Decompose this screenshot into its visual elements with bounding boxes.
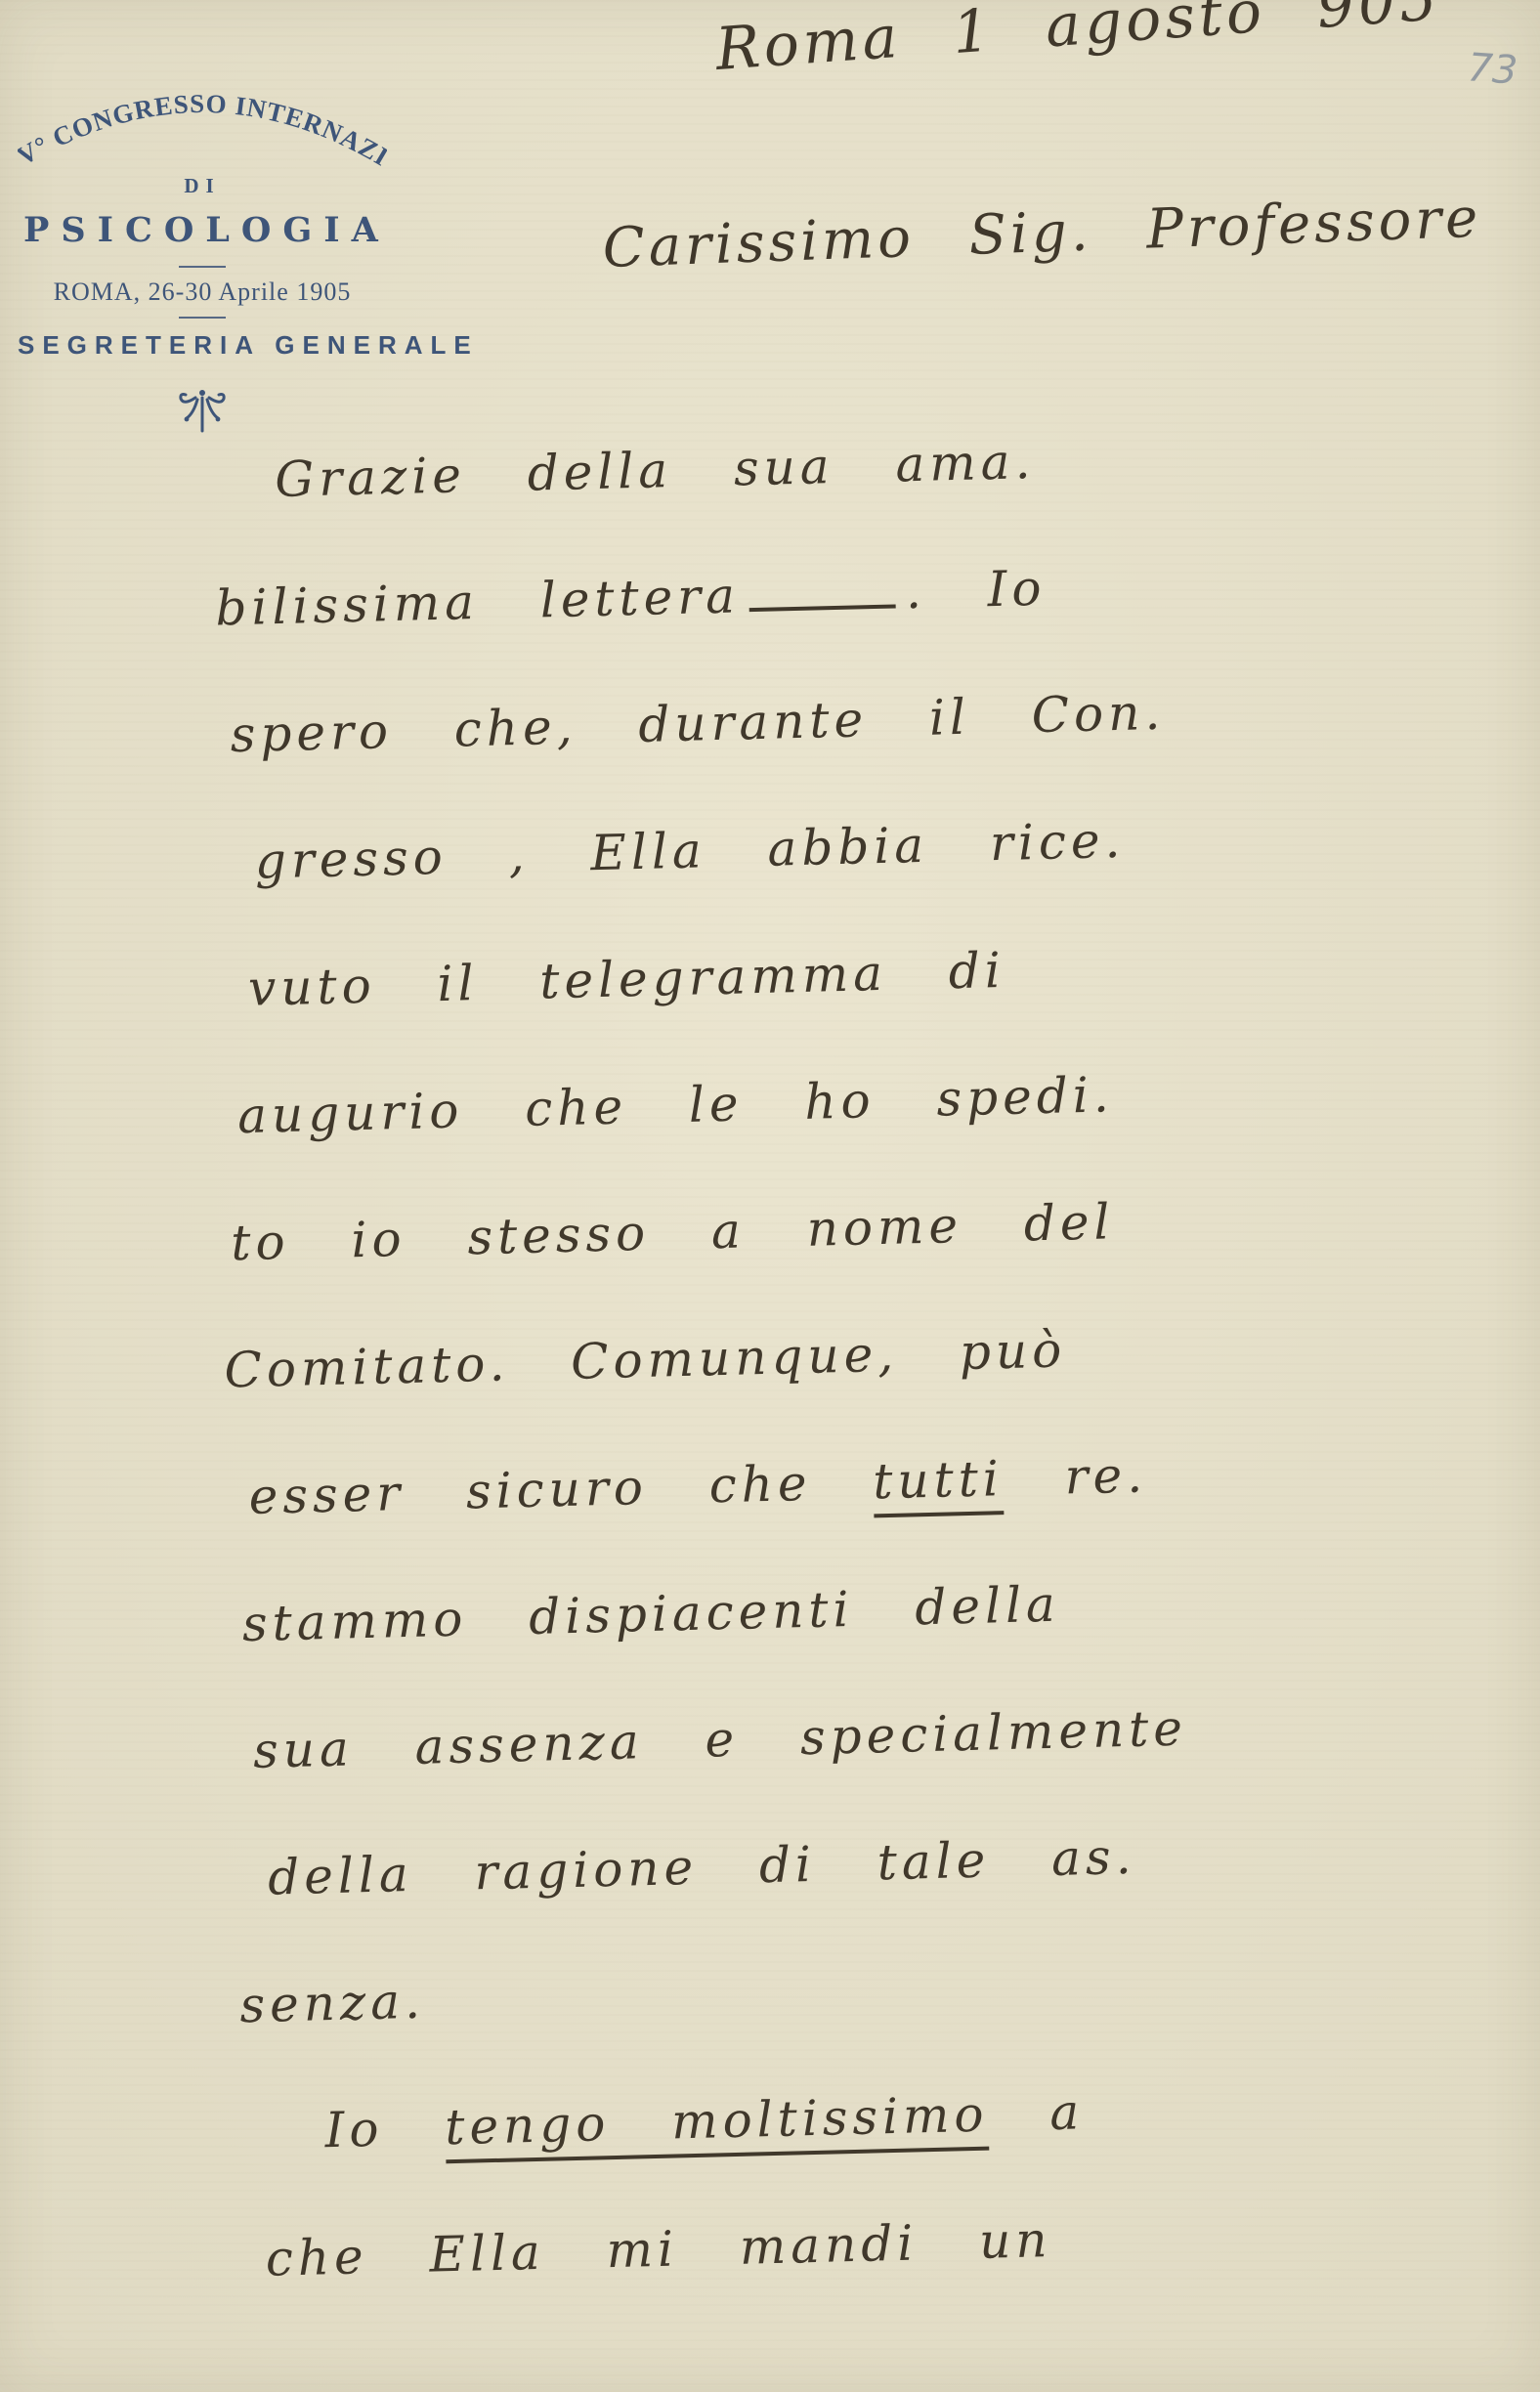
handwritten-text: stammo dispiacenti della [241, 1576, 1060, 1652]
handwritten-text: re. [1003, 1446, 1148, 1507]
letter-page: V° CONGRESSO INTERNAZIONALE DI PSICOLOGI… [0, 0, 1540, 2392]
handwritten-text: esser sicuro che [248, 1453, 874, 1525]
flourish-dash [749, 577, 896, 612]
handwritten-text: spero che, durante il Con. [230, 684, 1166, 763]
handwritten-text: della ragione di tale as. [268, 1828, 1137, 1906]
handwritten-text: vuto il telegramma di [247, 942, 1005, 1017]
handwritten-text: bilissima lettera [215, 567, 741, 636]
letterhead-divider [179, 317, 226, 319]
folio-number: 73 [1466, 45, 1519, 93]
underlined-word: tutti [873, 1450, 1005, 1517]
letterhead-divider [179, 266, 226, 268]
handwritten-text: . Io [905, 560, 1047, 619]
letterhead-place-dates: ROMA, 26-30 Aprile 1905 [18, 278, 387, 307]
handwritten-text: a [988, 2083, 1085, 2142]
handwritten-text: augurio che le ho spedi. [237, 1066, 1115, 1144]
handwritten-text: gresso , Ella abbia rice. [254, 812, 1126, 890]
letter-body: Grazie della sua ama.bilissima lettera. … [193, 396, 1540, 2332]
handwritten-date: Roma 1 agosto 905 [713, 0, 1442, 84]
handwritten-text: Io [324, 2099, 446, 2158]
svg-text:V° CONGRESSO INTERNAZIONALE: V° CONGRESSO INTERNAZIONALE [18, 57, 387, 172]
letterhead-discipline: PSICOLOGIA [23, 210, 387, 250]
handwritten-text: senza. [239, 1973, 426, 2034]
congress-title-arched-text: V° CONGRESSO INTERNAZIONALE [18, 57, 387, 172]
underlined-word: tengo moltissimo [445, 2086, 990, 2164]
letterhead: V° CONGRESSO INTERNAZIONALE DI PSICOLOGI… [18, 57, 387, 446]
handwritten-text: che Ella mi mandi un [265, 2211, 1052, 2287]
salutation: Carissimo Sig. Professore [602, 187, 1483, 280]
letterhead-di: DI [18, 174, 387, 198]
handwritten-text: Grazie della sua ama. [275, 433, 1036, 508]
congress-title-text: V° CONGRESSO INTERNAZIONALE [18, 57, 387, 172]
handwritten-text: to io stesso a nome del [231, 1193, 1115, 1271]
handwritten-text: sua assenza e specialmente [252, 1700, 1187, 1779]
handwritten-text: Comitato. Comunque, può [224, 1321, 1067, 1398]
letterhead-office: SEGRETERIA GENERALE [18, 330, 387, 361]
